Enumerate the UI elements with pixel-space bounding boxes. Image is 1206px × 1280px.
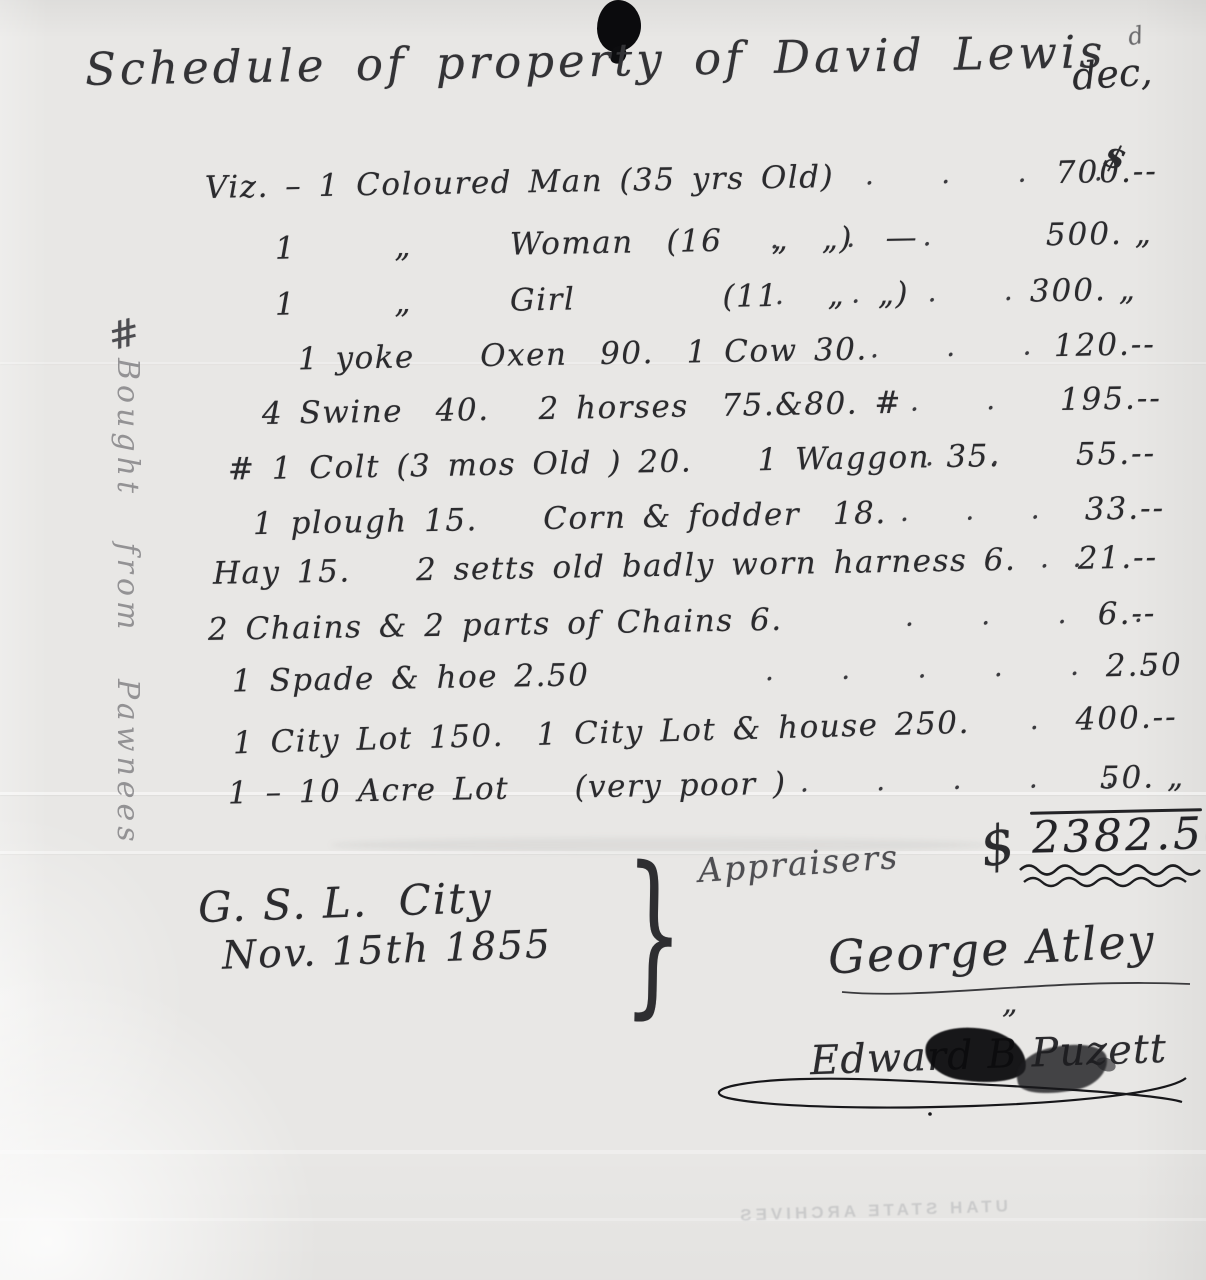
- total-currency-symbol: $: [975, 811, 1020, 879]
- date-line: Nov. 15th 1855: [221, 922, 552, 978]
- line-description: 2 Chains & 2 parts of Chains 6.: [208, 602, 783, 648]
- title-superscript: d: [1126, 21, 1146, 51]
- line-amount: 6.--: [1098, 595, 1157, 632]
- line-amount: 400.--: [1075, 699, 1178, 738]
- line-amount: 700.--: [1056, 153, 1159, 191]
- dot-leader: . . .: [900, 492, 1042, 527]
- signature-flourish-loop: [688, 1064, 1198, 1120]
- paper-crease: [0, 1218, 1206, 1221]
- document-page: { "doc": { "title": "Schedule of propert…: [0, 0, 1206, 1280]
- line-amount: 300. „: [1030, 272, 1138, 310]
- line-amount: 21.--: [1078, 539, 1159, 576]
- line-description: 4 Swine 40. 2 horses 75.&80. #: [262, 385, 903, 432]
- dot-leader: . . . . .: [905, 594, 1206, 633]
- curly-brace: }: [623, 848, 685, 1019]
- archive-stamp-showthrough: UTAH STATE ARCHIVES: [688, 1196, 1009, 1227]
- margin-note-vertical: Bought from Pawnees: [95, 358, 145, 1038]
- line-amount: 120.--: [1054, 326, 1157, 364]
- dot-leader: . . . . .: [800, 760, 1117, 799]
- dot-leader: . . .: [870, 328, 1034, 364]
- total-amount: 2382.50: [1031, 807, 1206, 863]
- line-amount: 50. „: [1100, 759, 1186, 796]
- place-line: G. S. L. City: [197, 873, 493, 932]
- ditto-mark: „: [1002, 986, 1018, 1021]
- dot-leader: . .: [910, 383, 998, 418]
- dot-leader: .: [1029, 703, 1041, 736]
- dot-leader: . . . .: [775, 274, 1015, 311]
- line-description: # 1 Colt (3 mos Old ) 20. 1 Waggon 35.: [228, 438, 1001, 487]
- line-description: Viz. – 1 Coloured Man (35 yrs Old): [205, 159, 835, 206]
- line-amount: 33.--: [1085, 490, 1166, 527]
- total-wavy-underline: [1016, 860, 1206, 892]
- line-description: 1 plough 15. Corn & fodder 18.: [253, 495, 887, 542]
- line-description: 1 – 10 Acre Lot (very poor ): [228, 766, 787, 812]
- paper-crease: [0, 1150, 1206, 1154]
- page-title: Schedule of property of David Lewis: [85, 25, 1107, 96]
- dot-leader: . . .: [770, 219, 934, 255]
- line-description: 1 yoke Oxen 90. 1 Cow 30.: [298, 331, 868, 377]
- signature-george-atley: George Atley: [827, 913, 1157, 984]
- title-suffix-dec: dec,: [1071, 49, 1154, 98]
- schedule-line: Viz. – 1 Coloured Man (35 yrs Old) . . .…: [0, 152, 1206, 221]
- line-description: 1 Spade & hoe 2.50: [232, 657, 590, 699]
- dot-leader: . . . . . .: [765, 647, 1158, 687]
- line-amount: 2.50: [1106, 647, 1184, 684]
- line-amount: 195.--: [1060, 380, 1163, 418]
- line-amount: 500. „: [1046, 215, 1154, 253]
- dot-leader: . .: [925, 438, 1002, 472]
- line-description: 1 City Lot 150. 1 City Lot & house 250.: [232, 705, 970, 762]
- signature-flourish-line: [838, 976, 1198, 1002]
- line-amount: 55.--: [1076, 435, 1157, 472]
